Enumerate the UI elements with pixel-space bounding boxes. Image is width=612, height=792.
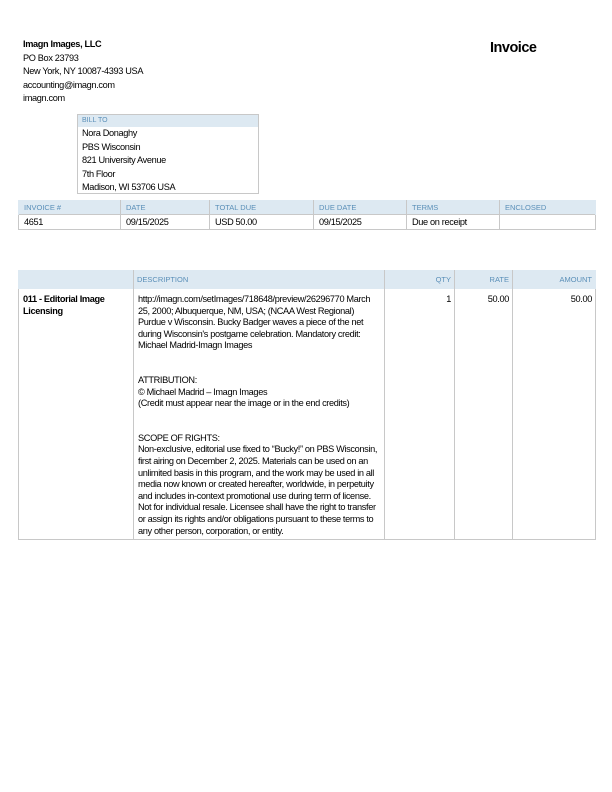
company-email[interactable]: accounting@imagn.com — [23, 79, 143, 93]
invoice-meta-header-row: INVOICE # DATE TOTAL DUE DUE DATE TERMS … — [19, 200, 596, 215]
bill-to-line: Madison, WI 53706 USA — [82, 181, 258, 195]
terms: Due on receipt — [407, 215, 500, 230]
document-title: Invoice — [490, 40, 536, 56]
header-due-date: DUE DATE — [314, 200, 407, 215]
header-qty: QTY — [385, 270, 455, 289]
table-row: 011 - Editorial Image Licensing http://i… — [19, 289, 596, 540]
company-address-line2: New York, NY 10087-4393 USA — [23, 65, 143, 79]
description-text: http://imagn.com/setImages/718648/previe… — [138, 294, 381, 352]
line-items-header-row: DESCRIPTION QTY RATE AMOUNT — [19, 270, 596, 289]
scope-text: Non-exclusive, editorial use fixed to “B… — [138, 444, 381, 537]
company-address-line1: PO Box 23793 — [23, 52, 143, 66]
header-date: DATE — [121, 200, 210, 215]
bill-to-line: 821 University Avenue — [82, 154, 258, 168]
invoice-date: 09/15/2025 — [121, 215, 210, 230]
enclosed[interactable] — [500, 215, 596, 230]
item-amount: 50.00 — [513, 289, 596, 540]
header-invoice-number: INVOICE # — [19, 200, 121, 215]
header-rate: RATE — [455, 270, 513, 289]
invoice-number: 4651 — [19, 215, 121, 230]
attribution-note: (Credit must appear near the image or in… — [138, 398, 381, 410]
invoice-meta-table: INVOICE # DATE TOTAL DUE DUE DATE TERMS … — [18, 200, 596, 230]
item-qty: 1 — [385, 289, 455, 540]
item-description: http://imagn.com/setImages/718648/previe… — [134, 289, 385, 540]
header-item — [19, 270, 134, 289]
line-items-table: DESCRIPTION QTY RATE AMOUNT 011 - Editor… — [18, 270, 596, 540]
header-terms: TERMS — [407, 200, 500, 215]
attribution-title: ATTRIBUTION: — [138, 375, 381, 387]
bill-to-line: Nora Donaghy — [82, 127, 258, 141]
scope-title: SCOPE OF RIGHTS: — [138, 433, 381, 445]
company-name: Imagn Images, LLC — [23, 38, 143, 52]
bill-to-label: BILL TO — [78, 115, 258, 127]
item-rate: 50.00 — [455, 289, 513, 540]
company-website[interactable]: imagn.com — [23, 92, 143, 106]
bill-to-box: BILL TO Nora Donaghy PBS Wisconsin 821 U… — [77, 114, 259, 194]
header-amount: AMOUNT — [513, 270, 596, 289]
header-description: DESCRIPTION — [134, 270, 385, 289]
item-name: 011 - Editorial Image Licensing — [19, 289, 134, 540]
invoice-meta-value-row: 4651 09/15/2025 USD 50.00 09/15/2025 Due… — [19, 215, 596, 230]
attribution-credit: © Michael Madrid – Imagn Images — [138, 387, 381, 399]
header-enclosed: ENCLOSED — [500, 200, 596, 215]
due-date: 09/15/2025 — [314, 215, 407, 230]
header-total-due: TOTAL DUE — [210, 200, 314, 215]
bill-to-line: PBS Wisconsin — [82, 141, 258, 155]
total-due: USD 50.00 — [210, 215, 314, 230]
bill-to-line: 7th Floor — [82, 168, 258, 182]
company-info: Imagn Images, LLC PO Box 23793 New York,… — [23, 38, 143, 106]
